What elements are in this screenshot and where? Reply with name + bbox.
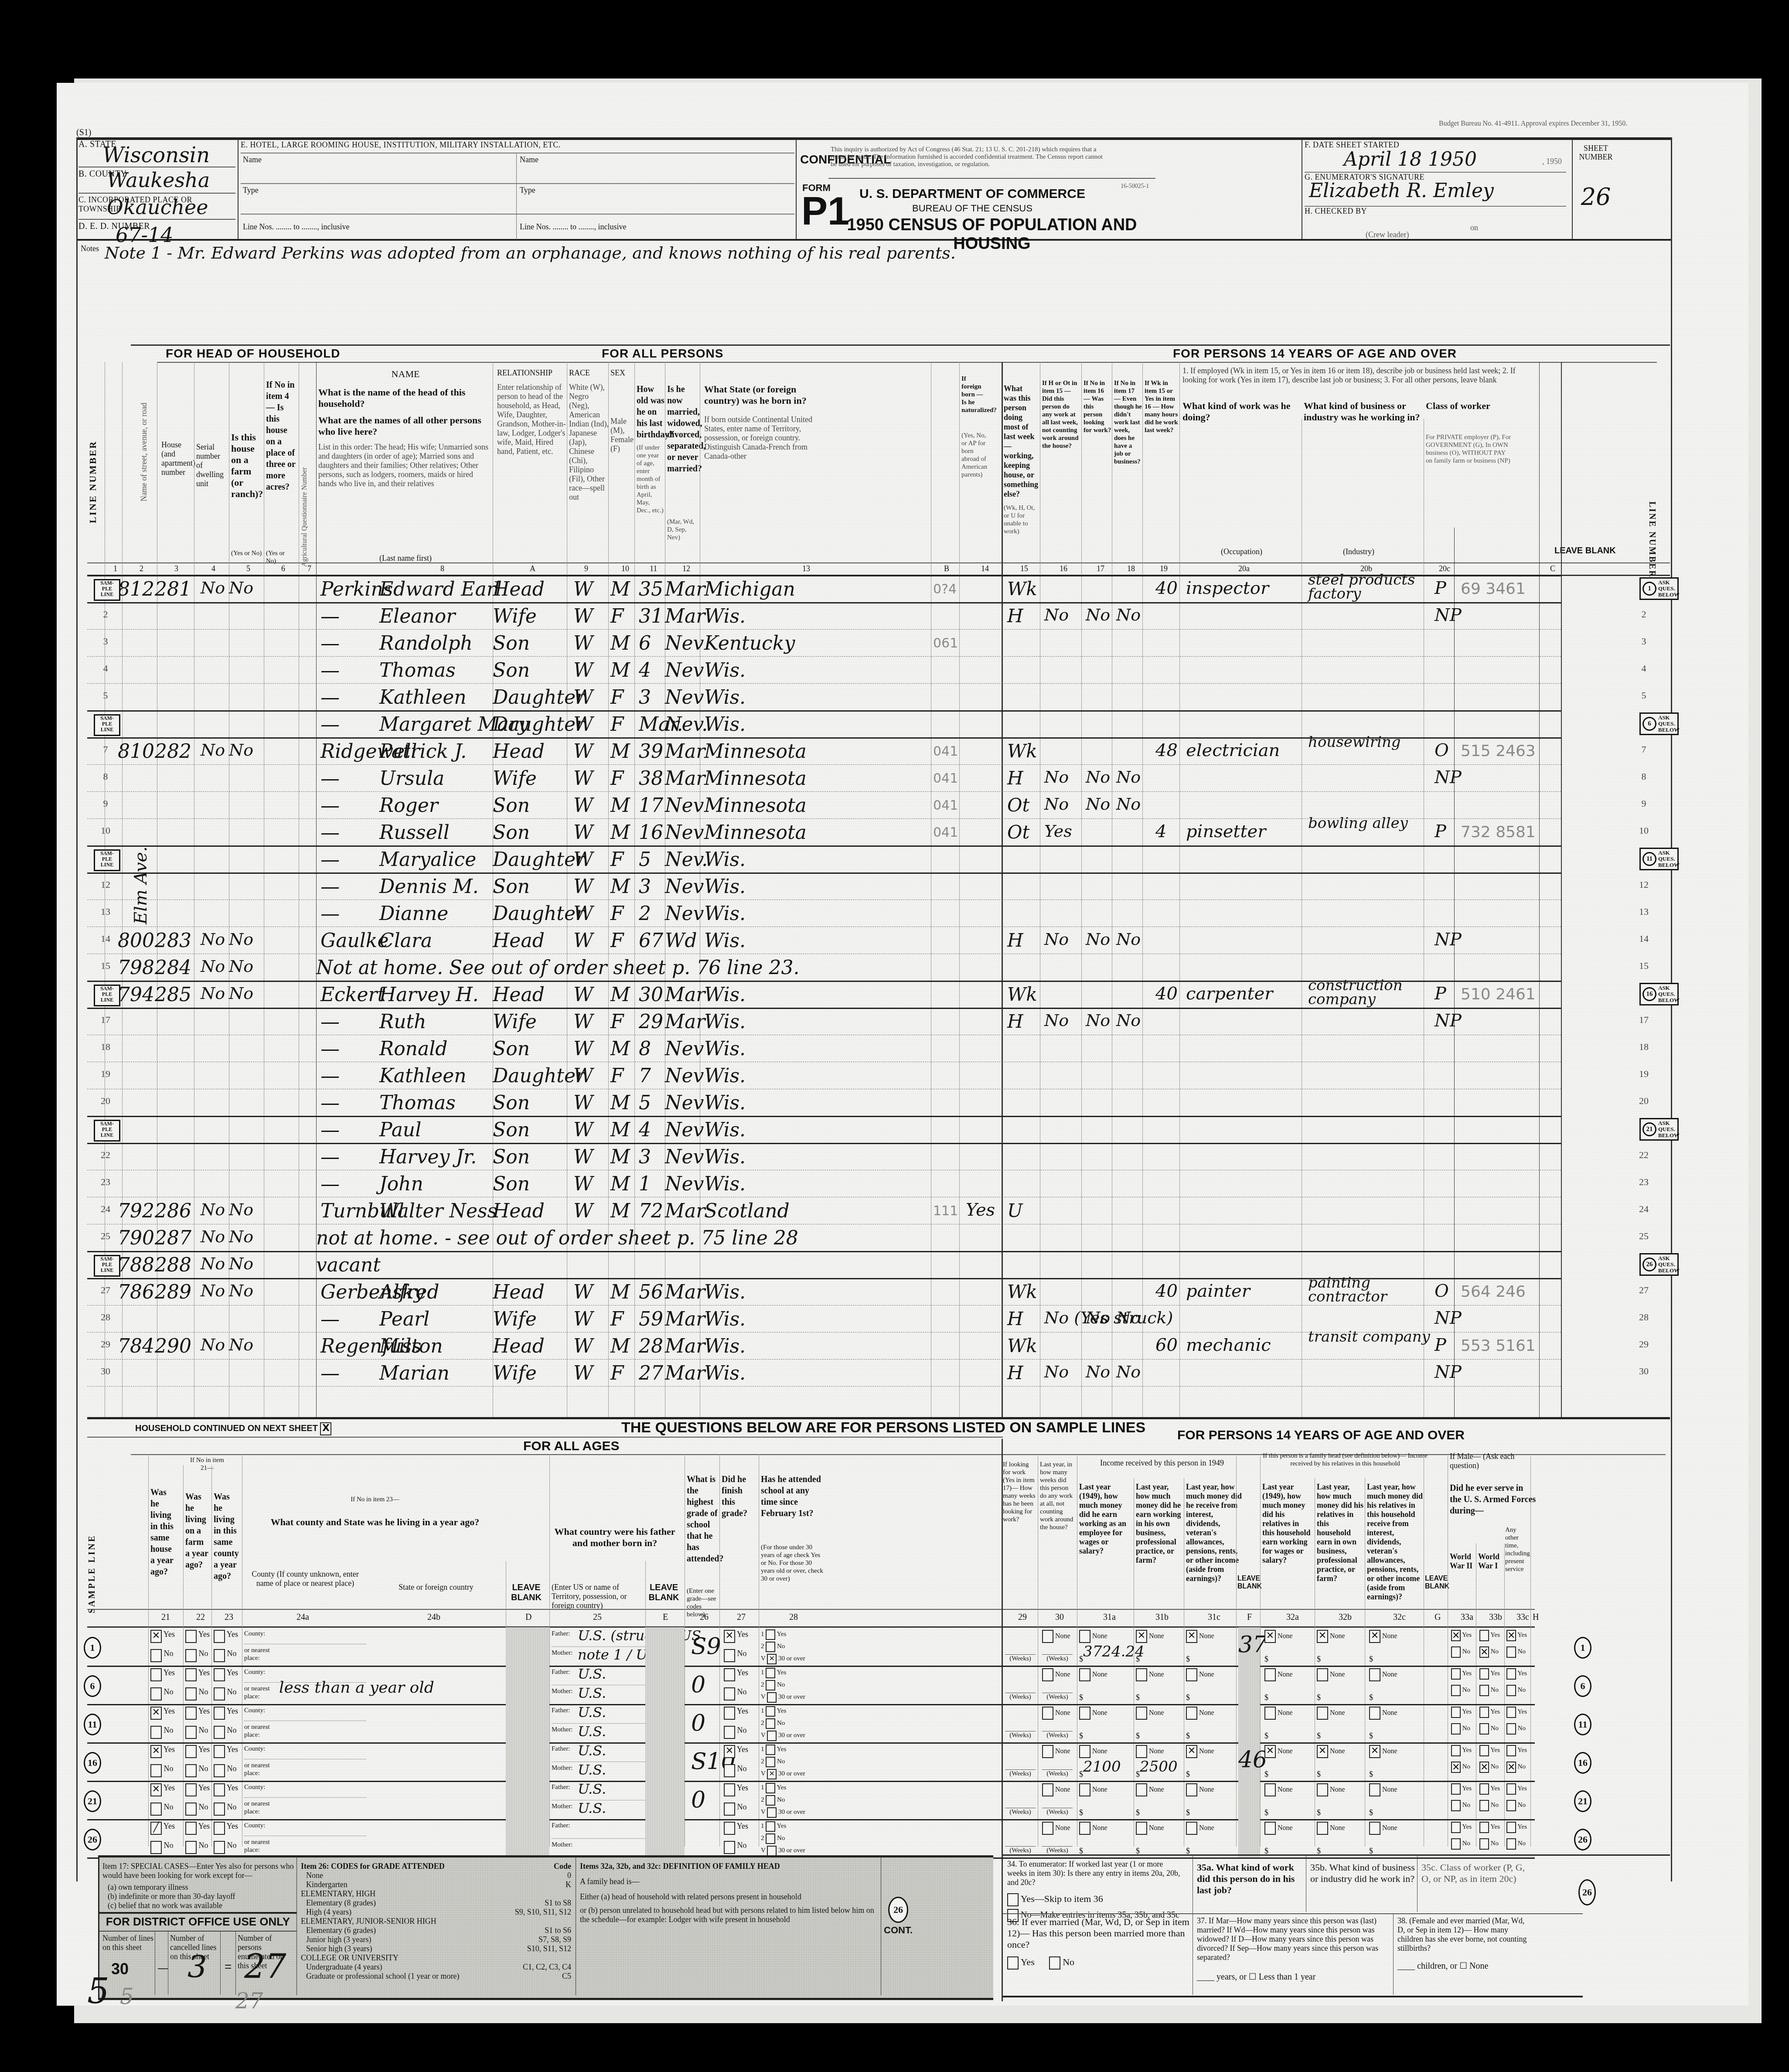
birthplace-cell: Wis. bbox=[704, 1146, 746, 1168]
relationship-cell: Son bbox=[493, 632, 530, 654]
q31a-amount: $3724.24 bbox=[1079, 1648, 1125, 1666]
birthplace-cell: Minnesota bbox=[704, 740, 807, 763]
any-work-cell: Yes bbox=[1044, 821, 1072, 841]
ask-questions-below-tab: 6ASK QUES. BELOW bbox=[1639, 712, 1679, 735]
ww1-checkbox-no[interactable] bbox=[1479, 1800, 1489, 1811]
ww1-checkbox-no[interactable] bbox=[1479, 1685, 1489, 1696]
ww1-checkbox-no[interactable]: ✕ bbox=[1479, 1646, 1489, 1658]
house-number-cell: 788 bbox=[118, 1254, 154, 1276]
ww1-checkbox: Yes No bbox=[1479, 1783, 1500, 1811]
industry-header: What kind of business or industry was he… bbox=[1304, 400, 1421, 423]
relationship-cell: Son bbox=[493, 794, 530, 817]
acres-cell: No bbox=[229, 740, 253, 760]
q25-header: What country were his father and mother … bbox=[552, 1526, 678, 1549]
other-service-checkbox-no[interactable] bbox=[1506, 1800, 1516, 1811]
marital-status-cell: Nev bbox=[665, 1038, 704, 1060]
column-number: 20c bbox=[1439, 564, 1450, 573]
sample-column-number: 31a bbox=[1103, 1612, 1116, 1622]
other-service-checkbox-yes[interactable] bbox=[1506, 1745, 1516, 1756]
birthplace-cell: Wis. bbox=[704, 903, 746, 925]
nearest-place-label: or nearest place: bbox=[244, 1646, 275, 1662]
budget-note: Budget Bureau No. 41-4911. Approval expi… bbox=[1439, 120, 1627, 128]
table-row: 18—RonaldSonWM8NevWis.18 bbox=[122, 1035, 1639, 1062]
q31b-none[interactable]: ✕ bbox=[1136, 1630, 1147, 1643]
table-row: 15798284NoNoNot at home. See out of orde… bbox=[122, 954, 1639, 981]
q22-checkbox: Yes No bbox=[185, 1822, 210, 1854]
q28-yes[interactable] bbox=[766, 1745, 775, 1755]
line-number-right: 8 bbox=[1635, 771, 1653, 782]
activity-cell: Ot bbox=[1007, 794, 1029, 816]
sample-line-number-right: 16 bbox=[1574, 1752, 1591, 1774]
q32b-none[interactable]: ✕ bbox=[1317, 1745, 1328, 1758]
q32b-none[interactable] bbox=[1317, 1668, 1328, 1681]
q27-checkbox-no[interactable] bbox=[724, 1803, 735, 1816]
q28-30-or-over[interactable] bbox=[767, 1692, 777, 1703]
right-border bbox=[1671, 137, 1672, 1881]
sex-cell: F bbox=[610, 1011, 624, 1033]
q31b-none[interactable] bbox=[1136, 1707, 1147, 1720]
q28-30-or-over[interactable] bbox=[767, 1731, 777, 1741]
grade-code-item: Junior high (3 years)S7, S8, S9 bbox=[301, 1935, 571, 1944]
relationship-header: RELATIONSHIP Enter relationship of perso… bbox=[497, 368, 567, 456]
class-of-worker-cell: O bbox=[1435, 1281, 1449, 1301]
column-number-strip: 12345678A910111213B14151617181920a20b20c… bbox=[87, 563, 1670, 575]
enumerator-signature: Elizabeth R. Emley bbox=[1309, 180, 1494, 202]
other-service-checkbox-no[interactable] bbox=[1506, 1838, 1516, 1850]
q28-no[interactable] bbox=[766, 1718, 775, 1729]
q32b-none[interactable] bbox=[1317, 1822, 1328, 1835]
has-job-cell: No bbox=[1116, 1011, 1141, 1030]
q32c-amount: $ bbox=[1369, 1687, 1415, 1705]
other-service-checkbox-no[interactable] bbox=[1506, 1685, 1516, 1696]
q22-checkbox-no[interactable] bbox=[185, 1649, 197, 1662]
continuation-marker-right: 26 bbox=[1578, 1879, 1596, 1905]
q22-checkbox-no[interactable] bbox=[185, 1726, 197, 1739]
column-number: 13 bbox=[802, 564, 810, 573]
q28-yes[interactable] bbox=[766, 1821, 775, 1832]
q21-checkbox-no[interactable] bbox=[150, 1764, 162, 1777]
q27-checkbox-yes[interactable] bbox=[724, 1783, 735, 1796]
acres-cell: No bbox=[229, 1254, 253, 1273]
q32a-none[interactable] bbox=[1264, 1668, 1276, 1681]
q29-header: If looking for work (Yes in item 17)— Ho… bbox=[1003, 1461, 1038, 1523]
q32c-amount: $ bbox=[1369, 1725, 1415, 1743]
q23-checkbox-yes[interactable] bbox=[214, 1630, 225, 1643]
sample-column-number-strip: 21222324a24bD25E262728293031a31b31cF32a3… bbox=[87, 1611, 1535, 1626]
ww2-checkbox-yes[interactable] bbox=[1451, 1745, 1461, 1756]
q31b-none[interactable] bbox=[1136, 1745, 1147, 1758]
q23-checkbox-no[interactable] bbox=[214, 1803, 225, 1816]
q34-yes-checkbox[interactable] bbox=[1007, 1893, 1019, 1906]
surname-cell: — bbox=[320, 1146, 340, 1168]
age-cell: 1 bbox=[639, 1173, 651, 1195]
q23-checkbox-yes[interactable] bbox=[214, 1668, 225, 1681]
other-service-checkbox: Yes ✕ No bbox=[1506, 1745, 1527, 1773]
house-number-cell: 786 bbox=[118, 1281, 154, 1303]
ww2-checkbox-yes[interactable] bbox=[1451, 1783, 1461, 1795]
acres-cell: No bbox=[229, 1335, 253, 1354]
row-note-cell: not at home. - see out of order sheet p.… bbox=[316, 1227, 798, 1249]
q22-checkbox-yes[interactable] bbox=[185, 1745, 197, 1758]
q32b-none[interactable] bbox=[1317, 1783, 1328, 1796]
q28-yes[interactable] bbox=[766, 1668, 775, 1678]
q29-weeks: (Weeks) bbox=[1005, 1769, 1036, 1778]
q27-checkbox-no[interactable] bbox=[724, 1649, 735, 1662]
q32a-amount: $ bbox=[1264, 1763, 1310, 1782]
q22-checkbox-yes[interactable] bbox=[185, 1630, 197, 1643]
county-label: County: bbox=[244, 1668, 265, 1676]
q36-yes-checkbox[interactable] bbox=[1007, 1956, 1019, 1970]
line-number-right: 3 bbox=[1635, 636, 1653, 647]
q30-weeks: (Weeks) bbox=[1042, 1846, 1073, 1854]
q28-no[interactable] bbox=[766, 1833, 775, 1844]
q27-checkbox-no[interactable] bbox=[724, 1764, 735, 1777]
race-cell: W bbox=[573, 740, 593, 763]
q32a-none[interactable]: ✕ bbox=[1264, 1630, 1276, 1643]
ww2-checkbox-yes[interactable] bbox=[1451, 1707, 1461, 1718]
sex-cell: M bbox=[610, 1119, 630, 1141]
q31a-none[interactable] bbox=[1079, 1822, 1090, 1835]
q21-checkbox-yes[interactable] bbox=[150, 1668, 162, 1681]
sample-column-number: 31b bbox=[1155, 1612, 1169, 1622]
q33-pre: If Male— (Ask each question) bbox=[1450, 1452, 1537, 1470]
q31c-none[interactable] bbox=[1186, 1822, 1197, 1835]
q27-checkbox-no[interactable] bbox=[724, 1841, 735, 1854]
table-row: 25790287NoNonot at home. - see out of or… bbox=[122, 1224, 1639, 1251]
q32b-amount: $ bbox=[1317, 1802, 1363, 1820]
q31b-none[interactable] bbox=[1136, 1822, 1147, 1835]
ww2-checkbox-yes[interactable] bbox=[1451, 1822, 1461, 1833]
q31c-none[interactable]: ✕ bbox=[1186, 1630, 1197, 1643]
line-number: 12 bbox=[97, 879, 114, 890]
hours-worked-cell: 40 bbox=[1155, 578, 1178, 598]
q22-checkbox-yes[interactable] bbox=[185, 1707, 197, 1720]
q32c-none[interactable] bbox=[1369, 1707, 1380, 1720]
occupation-cell: inspector bbox=[1186, 578, 1269, 598]
q23-checkbox-no[interactable] bbox=[214, 1649, 225, 1662]
q23-checkbox-yes[interactable] bbox=[214, 1783, 225, 1796]
q30-weeks: (Weeks) bbox=[1042, 1808, 1073, 1816]
given-name-cell: Marian bbox=[379, 1362, 450, 1384]
q27-checkbox-yes[interactable] bbox=[724, 1707, 735, 1720]
q22-checkbox-yes[interactable] bbox=[185, 1783, 197, 1796]
birthplace-cell: Wis. bbox=[704, 659, 746, 682]
ww1-checkbox-yes[interactable] bbox=[1479, 1822, 1489, 1833]
q27-checkbox-yes[interactable]: ✕ bbox=[724, 1745, 735, 1758]
leave-blank-d-cell bbox=[506, 1627, 549, 1666]
given-name-cell: Walter Ness bbox=[379, 1200, 497, 1222]
q31a-none[interactable] bbox=[1079, 1630, 1090, 1643]
q32a-none[interactable] bbox=[1264, 1783, 1276, 1796]
other-service-checkbox-yes[interactable] bbox=[1506, 1668, 1516, 1680]
q22-checkbox-no[interactable] bbox=[185, 1764, 197, 1777]
table-row: 7810282NoNoRidgewellPatrick J.HeadWM39Ma… bbox=[122, 738, 1639, 764]
sample-column-number: 31c bbox=[1208, 1612, 1220, 1622]
given-name-cell: Clara bbox=[379, 930, 432, 952]
q21-checkbox-yes[interactable]: ✕ bbox=[150, 1707, 162, 1720]
given-name-cell: Ruth bbox=[379, 1011, 426, 1033]
sex-cell: F bbox=[610, 605, 624, 627]
q22-checkbox-no[interactable] bbox=[185, 1687, 197, 1701]
sample-line-header: SAMPLE LINE bbox=[87, 1534, 97, 1613]
marital-status-cell: Nev bbox=[665, 876, 704, 898]
relationship-cell: Daughter bbox=[493, 849, 585, 871]
surname-cell: — bbox=[320, 1065, 340, 1087]
q32b-none[interactable]: ✕ bbox=[1317, 1630, 1328, 1643]
class-of-worker-cell: NP bbox=[1435, 1308, 1462, 1328]
q30-weeks: (Weeks) bbox=[1042, 1654, 1073, 1663]
q22-checkbox-yes[interactable] bbox=[185, 1668, 197, 1681]
ww1-checkbox-yes[interactable] bbox=[1479, 1630, 1489, 1641]
table-row: 11—MaryaliceDaughterWF5Nev.Wis.11 bbox=[122, 846, 1639, 872]
age-cell: 7 bbox=[639, 1065, 651, 1087]
activity-header: What was this person doing most of last … bbox=[1004, 384, 1036, 535]
leave-blank-e-cell bbox=[645, 1819, 685, 1857]
q32c-none[interactable] bbox=[1369, 1783, 1380, 1796]
q21-checkbox-yes[interactable]: ✕ bbox=[150, 1630, 162, 1643]
age-header: How old was he on his last birthday? (If… bbox=[637, 384, 665, 515]
q21-checkbox-yes[interactable]: ✕ bbox=[150, 1783, 162, 1796]
looking-header: If No in item 16 — Was this person looki… bbox=[1084, 379, 1112, 434]
hours-worked-cell: 48 bbox=[1155, 740, 1178, 760]
farm-cell: No bbox=[201, 578, 225, 597]
q28-30-or-over[interactable]: ✕ bbox=[767, 1654, 777, 1664]
q30-none[interactable] bbox=[1042, 1783, 1053, 1796]
other-service-checkbox-yes[interactable] bbox=[1506, 1822, 1516, 1833]
marital-status-cell: Nev bbox=[665, 686, 704, 709]
q30-none[interactable] bbox=[1042, 1707, 1053, 1720]
q27-checkbox-yes[interactable]: ✕ bbox=[724, 1630, 735, 1643]
q32c-header: Last year, how much money did his relati… bbox=[1367, 1482, 1424, 1602]
occupation-cell: painter bbox=[1186, 1281, 1250, 1301]
relationship-cell: Wife bbox=[493, 1362, 537, 1384]
q23-checkbox-no[interactable] bbox=[214, 1687, 225, 1701]
q32c-none[interactable]: ✕ bbox=[1369, 1630, 1380, 1643]
ww1-checkbox-no[interactable] bbox=[1479, 1723, 1489, 1735]
q28-no[interactable] bbox=[766, 1680, 775, 1690]
q32c-none[interactable] bbox=[1369, 1822, 1380, 1835]
line-number: 5 bbox=[97, 690, 114, 701]
ww2-checkbox-no[interactable]: ✕ bbox=[1451, 1762, 1461, 1773]
other-service-checkbox-yes[interactable]: ✕ bbox=[1506, 1630, 1516, 1641]
birthplace-cell: Wis. bbox=[704, 1011, 746, 1033]
ww2-checkbox-no[interactable] bbox=[1451, 1838, 1461, 1850]
q31a-none[interactable] bbox=[1079, 1783, 1090, 1796]
q28-yes[interactable] bbox=[766, 1706, 775, 1717]
q23-checkbox-no[interactable] bbox=[214, 1726, 225, 1739]
institution-name-label-1: Name bbox=[243, 155, 262, 164]
q21-checkbox-no[interactable] bbox=[150, 1803, 162, 1816]
table-row: 23—JohnSonWM1NevWis.23 bbox=[122, 1170, 1639, 1197]
other-service-checkbox-yes[interactable] bbox=[1506, 1783, 1516, 1795]
ww2-checkbox-yes[interactable] bbox=[1451, 1668, 1461, 1680]
hours-worked-cell: 40 bbox=[1155, 1281, 1178, 1301]
sample-row: 16 ✕ Yes No Yes No Yes No County: or nea… bbox=[87, 1742, 1666, 1781]
age-cell: 67 bbox=[639, 930, 663, 952]
race-cell: W bbox=[573, 1362, 593, 1384]
q28-30-or-over[interactable] bbox=[767, 1846, 777, 1856]
class-of-worker-cell: NP bbox=[1435, 1011, 1462, 1031]
q27-header: Did he finish this grade? bbox=[722, 1474, 756, 1519]
age-cell: 4 bbox=[639, 1119, 651, 1141]
q22-checkbox-no[interactable] bbox=[185, 1841, 197, 1854]
class-of-worker-cell: NP bbox=[1435, 1362, 1462, 1382]
ask-questions-below-tab: 16ASK QUES. BELOW bbox=[1639, 983, 1679, 1005]
ww2-checkbox-no[interactable] bbox=[1451, 1800, 1461, 1811]
job-header: If No in item 17 — Even though he didn't… bbox=[1114, 379, 1142, 466]
grade-code-item: Elementary (8 grades)S1 to S8 bbox=[301, 1898, 571, 1908]
q21-checkbox-no[interactable] bbox=[150, 1649, 162, 1662]
q31c-none[interactable]: ✕ bbox=[1186, 1745, 1197, 1758]
q32a-none[interactable] bbox=[1264, 1707, 1276, 1720]
q30-none[interactable] bbox=[1042, 1822, 1053, 1835]
q31c-none[interactable] bbox=[1186, 1707, 1197, 1720]
other-service-checkbox-yes[interactable] bbox=[1506, 1707, 1516, 1718]
ww1-checkbox-yes[interactable] bbox=[1479, 1783, 1489, 1795]
q28-no[interactable] bbox=[766, 1757, 775, 1767]
leave-blank-e-cell bbox=[645, 1627, 685, 1666]
table-row: 29784290NoNoRegenfussMiltonHeadWM28MarWi… bbox=[122, 1332, 1639, 1359]
section-persons-14: FOR PERSONS 14 YEARS OF AGE AND OVER bbox=[1173, 347, 1457, 361]
age-cell: 6 bbox=[639, 632, 651, 654]
q21-checkbox-no[interactable] bbox=[150, 1726, 162, 1739]
q31b-none[interactable] bbox=[1136, 1668, 1147, 1681]
q32a-none[interactable]: ✕ bbox=[1264, 1745, 1276, 1758]
ww1-checkbox-yes[interactable] bbox=[1479, 1707, 1489, 1718]
q23-checkbox-yes[interactable] bbox=[214, 1707, 225, 1720]
q28-no[interactable] bbox=[766, 1642, 775, 1652]
line-number: 13 bbox=[97, 906, 114, 917]
household-continued-checkbox[interactable]: X bbox=[320, 1422, 331, 1435]
sample-column-number: 22 bbox=[196, 1612, 205, 1622]
column-number: 18 bbox=[1127, 564, 1135, 573]
q23-checkbox-yes[interactable] bbox=[214, 1745, 225, 1758]
q24b-header: State or foreign country bbox=[375, 1583, 497, 1592]
age-cell: 72 bbox=[639, 1200, 663, 1222]
q21-checkbox-yes[interactable]: ╱ bbox=[150, 1822, 162, 1835]
q31a-none[interactable] bbox=[1079, 1707, 1090, 1720]
q32a-header: Last year (1949), how much money did his… bbox=[1262, 1482, 1312, 1565]
other-service-checkbox: Yes No bbox=[1506, 1707, 1527, 1735]
q30-none[interactable] bbox=[1042, 1745, 1053, 1758]
sample-column-number: 32a bbox=[1286, 1612, 1299, 1622]
q27-checkbox-yes[interactable] bbox=[724, 1822, 735, 1835]
sample-line-number-right: 6 bbox=[1574, 1675, 1591, 1697]
line-number: 22 bbox=[97, 1149, 114, 1161]
q22-checkbox-no[interactable] bbox=[185, 1803, 197, 1816]
other-service-checkbox-no[interactable] bbox=[1506, 1646, 1516, 1658]
q30-weeks: (Weeks) bbox=[1042, 1731, 1073, 1739]
given-name-cell: Dennis M. bbox=[379, 876, 479, 898]
residence-last-year: less than a year old bbox=[279, 1679, 434, 1697]
q28-yes[interactable] bbox=[766, 1629, 775, 1640]
q28-30-or-over[interactable] bbox=[767, 1807, 777, 1818]
other-service-checkbox-no[interactable] bbox=[1506, 1723, 1516, 1735]
line-number-right: 29 bbox=[1635, 1339, 1653, 1350]
q28-no[interactable] bbox=[766, 1795, 775, 1806]
q28-yes[interactable] bbox=[766, 1783, 775, 1793]
q31c-none[interactable] bbox=[1186, 1668, 1197, 1681]
q28-30-or-over[interactable]: ✕ bbox=[767, 1769, 777, 1779]
ww1-checkbox-no[interactable] bbox=[1479, 1838, 1489, 1850]
q21-checkbox-no[interactable] bbox=[150, 1687, 162, 1701]
q22-checkbox-yes[interactable] bbox=[185, 1822, 197, 1835]
marital-status-cell: Nev bbox=[665, 1173, 704, 1195]
occupation-cell: electrician bbox=[1186, 740, 1280, 760]
surname-cell: — bbox=[320, 1092, 340, 1114]
line-number: 7 bbox=[97, 744, 114, 755]
q23-checkbox-no[interactable] bbox=[214, 1841, 225, 1854]
line-number-right: 4 bbox=[1635, 663, 1653, 674]
q23-checkbox-yes[interactable] bbox=[214, 1822, 225, 1835]
q30-none[interactable] bbox=[1042, 1668, 1053, 1681]
farm-cell: No bbox=[201, 1335, 225, 1354]
ww2-checkbox-no[interactable] bbox=[1451, 1723, 1461, 1735]
q34: 34. To enumerator: If worked last year (… bbox=[1007, 1860, 1182, 1922]
line-number-right: 20 bbox=[1635, 1095, 1653, 1107]
q31c-none[interactable] bbox=[1186, 1783, 1197, 1796]
birthplace-code-cell: 041 bbox=[933, 771, 958, 786]
ww2-checkbox-no[interactable] bbox=[1451, 1685, 1461, 1696]
q32a-none[interactable] bbox=[1264, 1822, 1276, 1835]
ww2-checkbox-yes[interactable]: ✕ bbox=[1451, 1630, 1461, 1641]
race-cell: W bbox=[573, 659, 593, 682]
q27-checkbox-no[interactable] bbox=[724, 1687, 735, 1701]
form-code: (S1) bbox=[76, 129, 91, 136]
q32c-none[interactable]: ✕ bbox=[1369, 1745, 1380, 1758]
ww1-checkbox-yes[interactable] bbox=[1479, 1745, 1489, 1756]
q32b-none[interactable] bbox=[1317, 1707, 1328, 1720]
has-job-cell: No bbox=[1116, 1308, 1141, 1327]
ww1-checkbox-yes[interactable] bbox=[1479, 1668, 1489, 1680]
class-of-worker-cell: O bbox=[1435, 740, 1449, 760]
leave-blank-f-cell bbox=[1238, 1704, 1260, 1742]
mother-birthplace: U.S. bbox=[578, 1723, 606, 1740]
age-cell: 3 bbox=[639, 1146, 651, 1168]
race-cell: W bbox=[573, 1308, 593, 1330]
line-number: 10 bbox=[97, 825, 114, 836]
sample-column-number: 32c bbox=[1393, 1612, 1406, 1622]
q23-checkbox-no[interactable] bbox=[214, 1764, 225, 1777]
column-number: 7 bbox=[307, 564, 311, 573]
ww1-checkbox-no[interactable]: ✕ bbox=[1479, 1762, 1489, 1773]
q21-checkbox-yes[interactable]: ✕ bbox=[150, 1745, 162, 1758]
sample-line-tab: SAM-PLELINE bbox=[94, 579, 120, 601]
q31a-none[interactable] bbox=[1079, 1745, 1090, 1758]
q27-checkbox-yes[interactable] bbox=[724, 1668, 735, 1681]
lines-on-sheet-label: Number of lines on this sheet bbox=[102, 1934, 155, 1952]
q31b-none[interactable] bbox=[1136, 1783, 1147, 1796]
other-service-checkbox-no[interactable]: ✕ bbox=[1506, 1762, 1516, 1773]
ww2-checkbox-no[interactable] bbox=[1451, 1646, 1461, 1658]
birthplace-cell: Wis. bbox=[704, 984, 746, 1006]
ww2-checkbox: Yes No bbox=[1451, 1783, 1472, 1811]
q31a-none[interactable] bbox=[1079, 1668, 1090, 1681]
q27-checkbox-no[interactable] bbox=[724, 1726, 735, 1739]
sample-line-number: 6 bbox=[84, 1675, 101, 1697]
ask-questions-below-tab: 1ASK QUES. BELOW bbox=[1639, 577, 1679, 600]
sex-cell: M bbox=[610, 1038, 630, 1060]
q30-none[interactable] bbox=[1042, 1630, 1053, 1643]
sex-cell: M bbox=[610, 1146, 630, 1168]
q21-checkbox-no[interactable] bbox=[150, 1841, 162, 1854]
sample-column-number: 23 bbox=[225, 1612, 233, 1622]
margin-mark-five: 5 bbox=[87, 1971, 109, 2011]
birthplace-code-cell: 111 bbox=[933, 1203, 958, 1219]
q36-no-checkbox[interactable] bbox=[1049, 1956, 1060, 1970]
q32c-none[interactable] bbox=[1369, 1668, 1380, 1681]
ww2-checkbox: ✕ Yes No bbox=[1451, 1630, 1472, 1658]
